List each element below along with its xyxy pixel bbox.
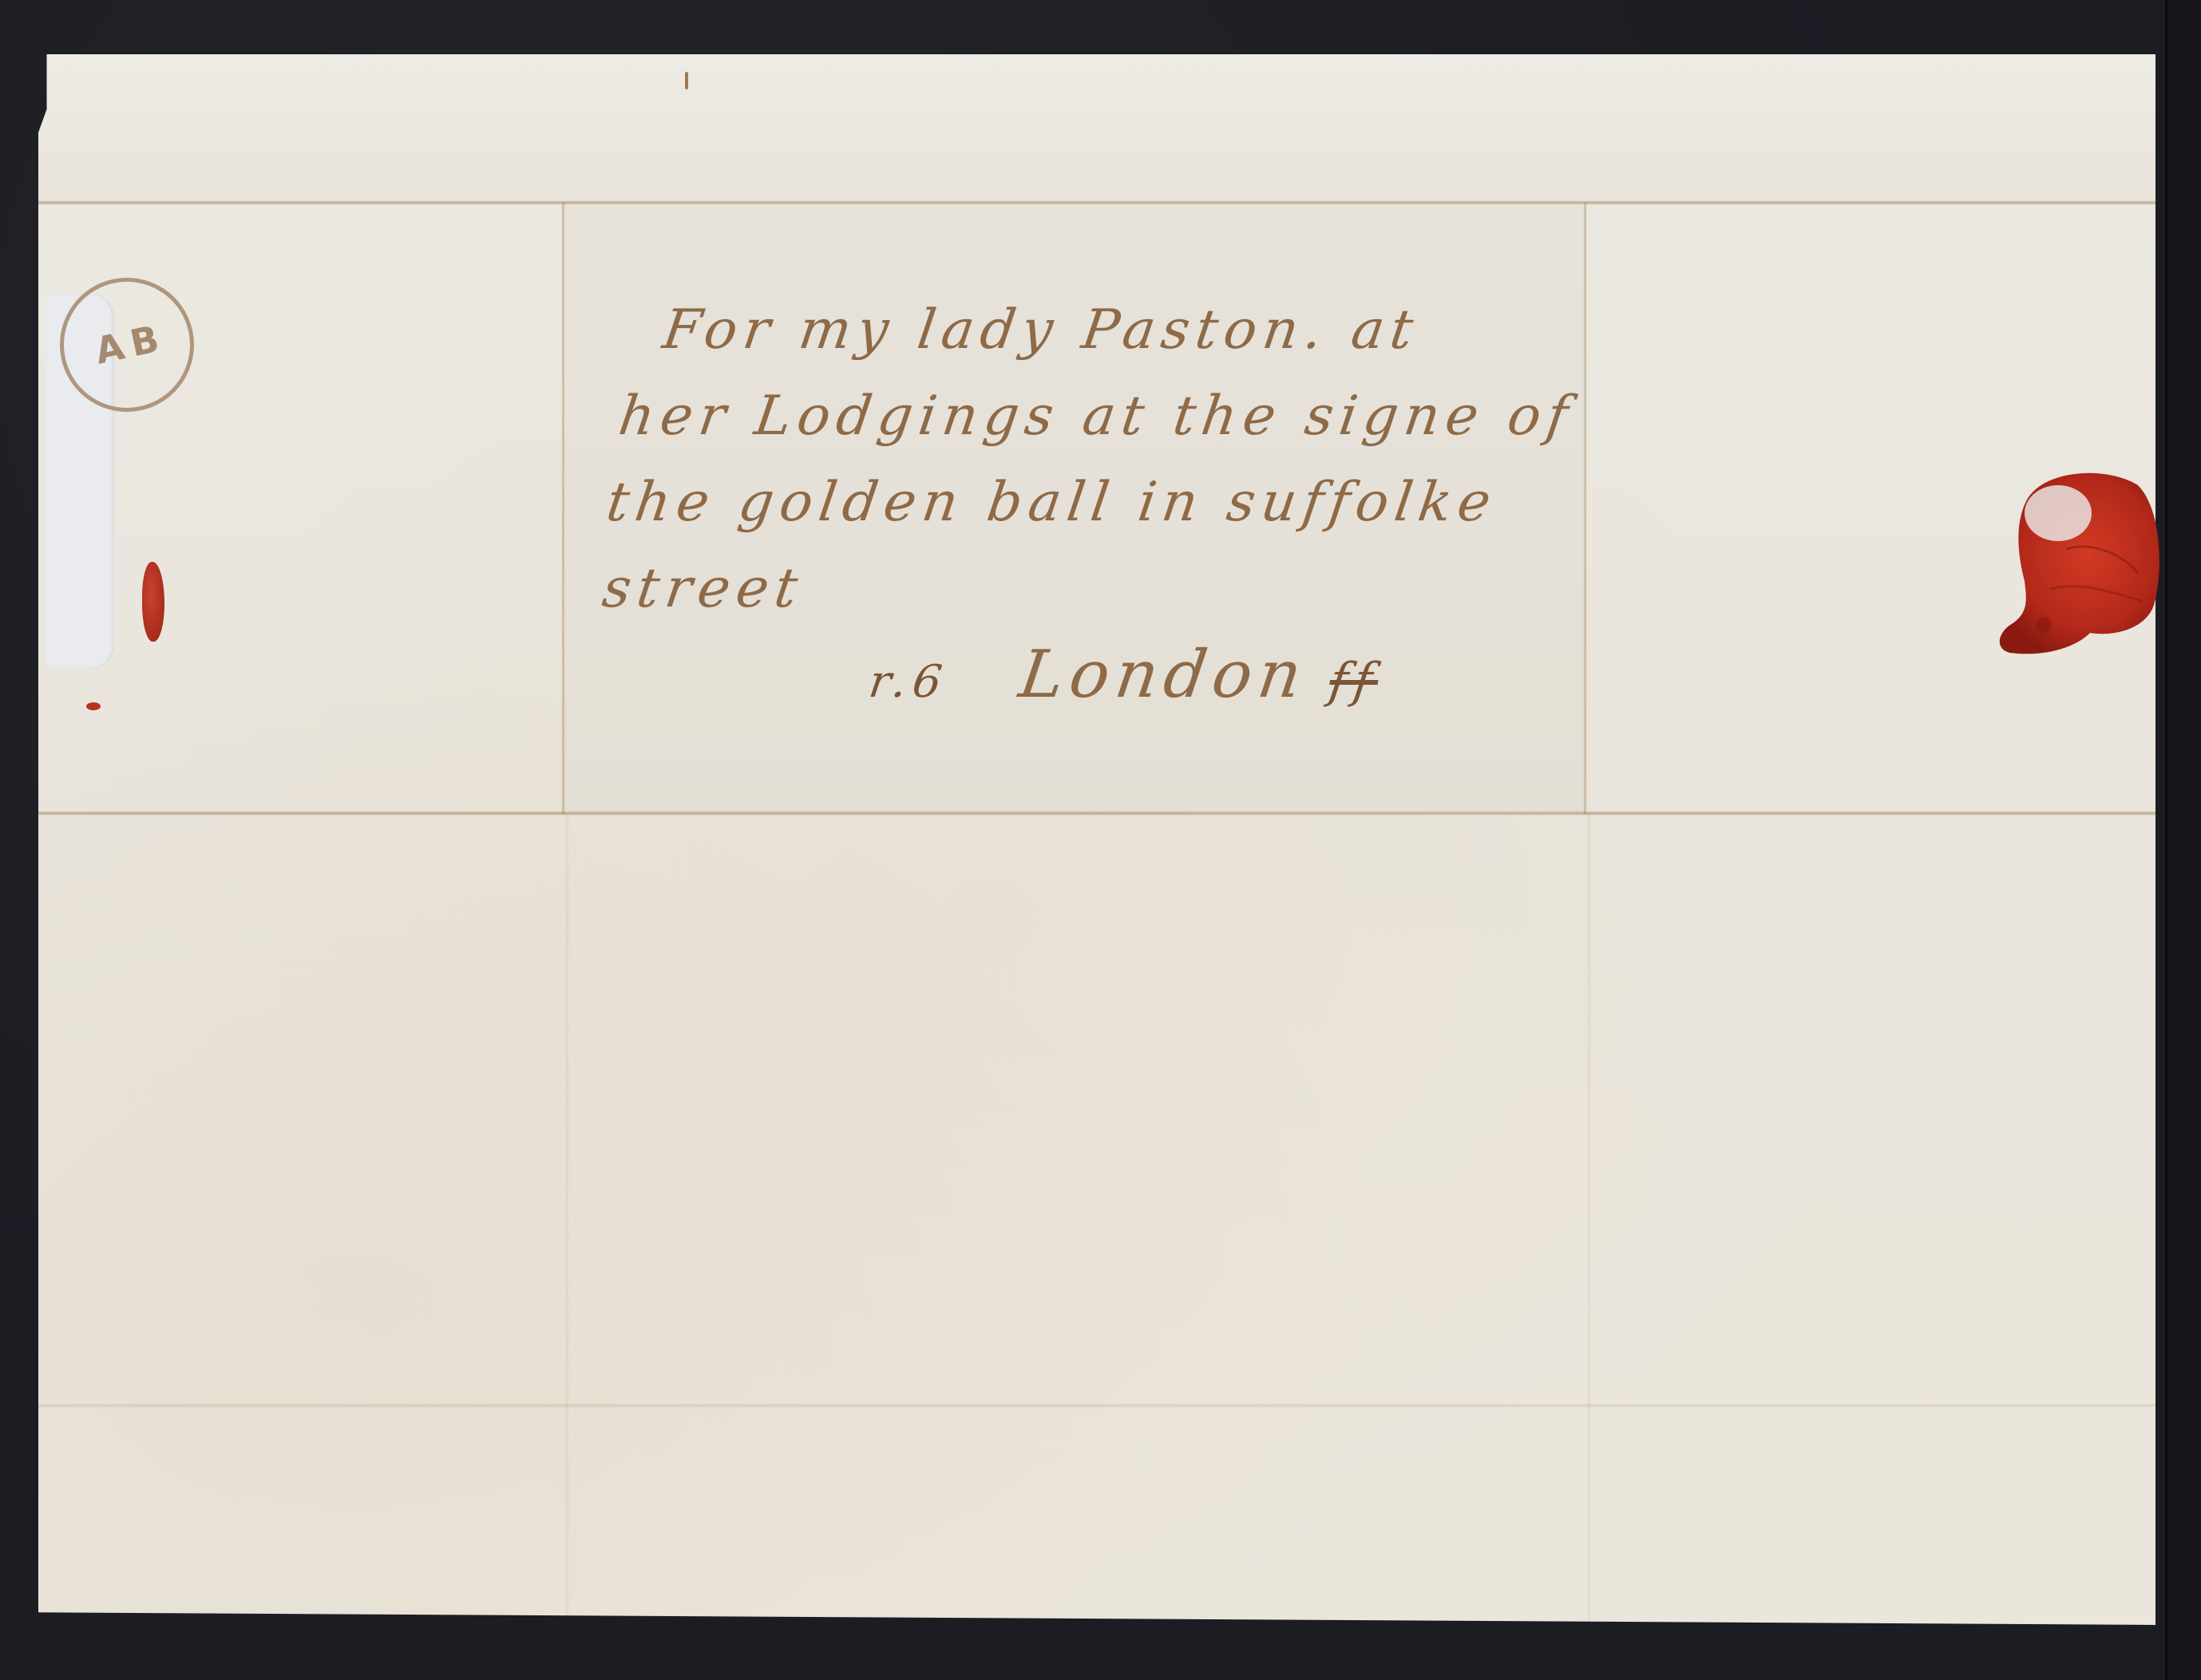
address-line-1: For my lady Paston. at [657, 287, 1675, 374]
postmark-text: A B [92, 318, 163, 371]
fold-line-bottom [38, 1403, 2155, 1408]
city-flourish: ff [1326, 653, 1382, 709]
wax-seal-icon [1994, 461, 2162, 669]
address-line-4: street [597, 546, 1639, 632]
wax-drip-icon [86, 702, 101, 710]
wax-seal-fragment-icon [142, 562, 164, 642]
address-line-3: the golden ball in suffolke [601, 460, 1651, 546]
ink-mark [685, 72, 688, 89]
postage-mark: r.6 [866, 656, 952, 708]
mount-edge [2165, 0, 2201, 1680]
address-line-2: her Lodgings at the signe of [613, 374, 1663, 460]
fold-line-left [561, 203, 565, 814]
fold-crease-left [565, 814, 569, 1625]
handwritten-address: For my lady Paston. at her Lodgings at t… [576, 287, 1675, 725]
fold-line-lower [38, 811, 2155, 816]
fold-crease-right [1587, 814, 1591, 1625]
fold-line-upper [38, 200, 2155, 205]
address-city-line: r.6 London ff [863, 632, 1626, 725]
top-flap [38, 54, 2155, 203]
city-name: London [1015, 637, 1312, 713]
